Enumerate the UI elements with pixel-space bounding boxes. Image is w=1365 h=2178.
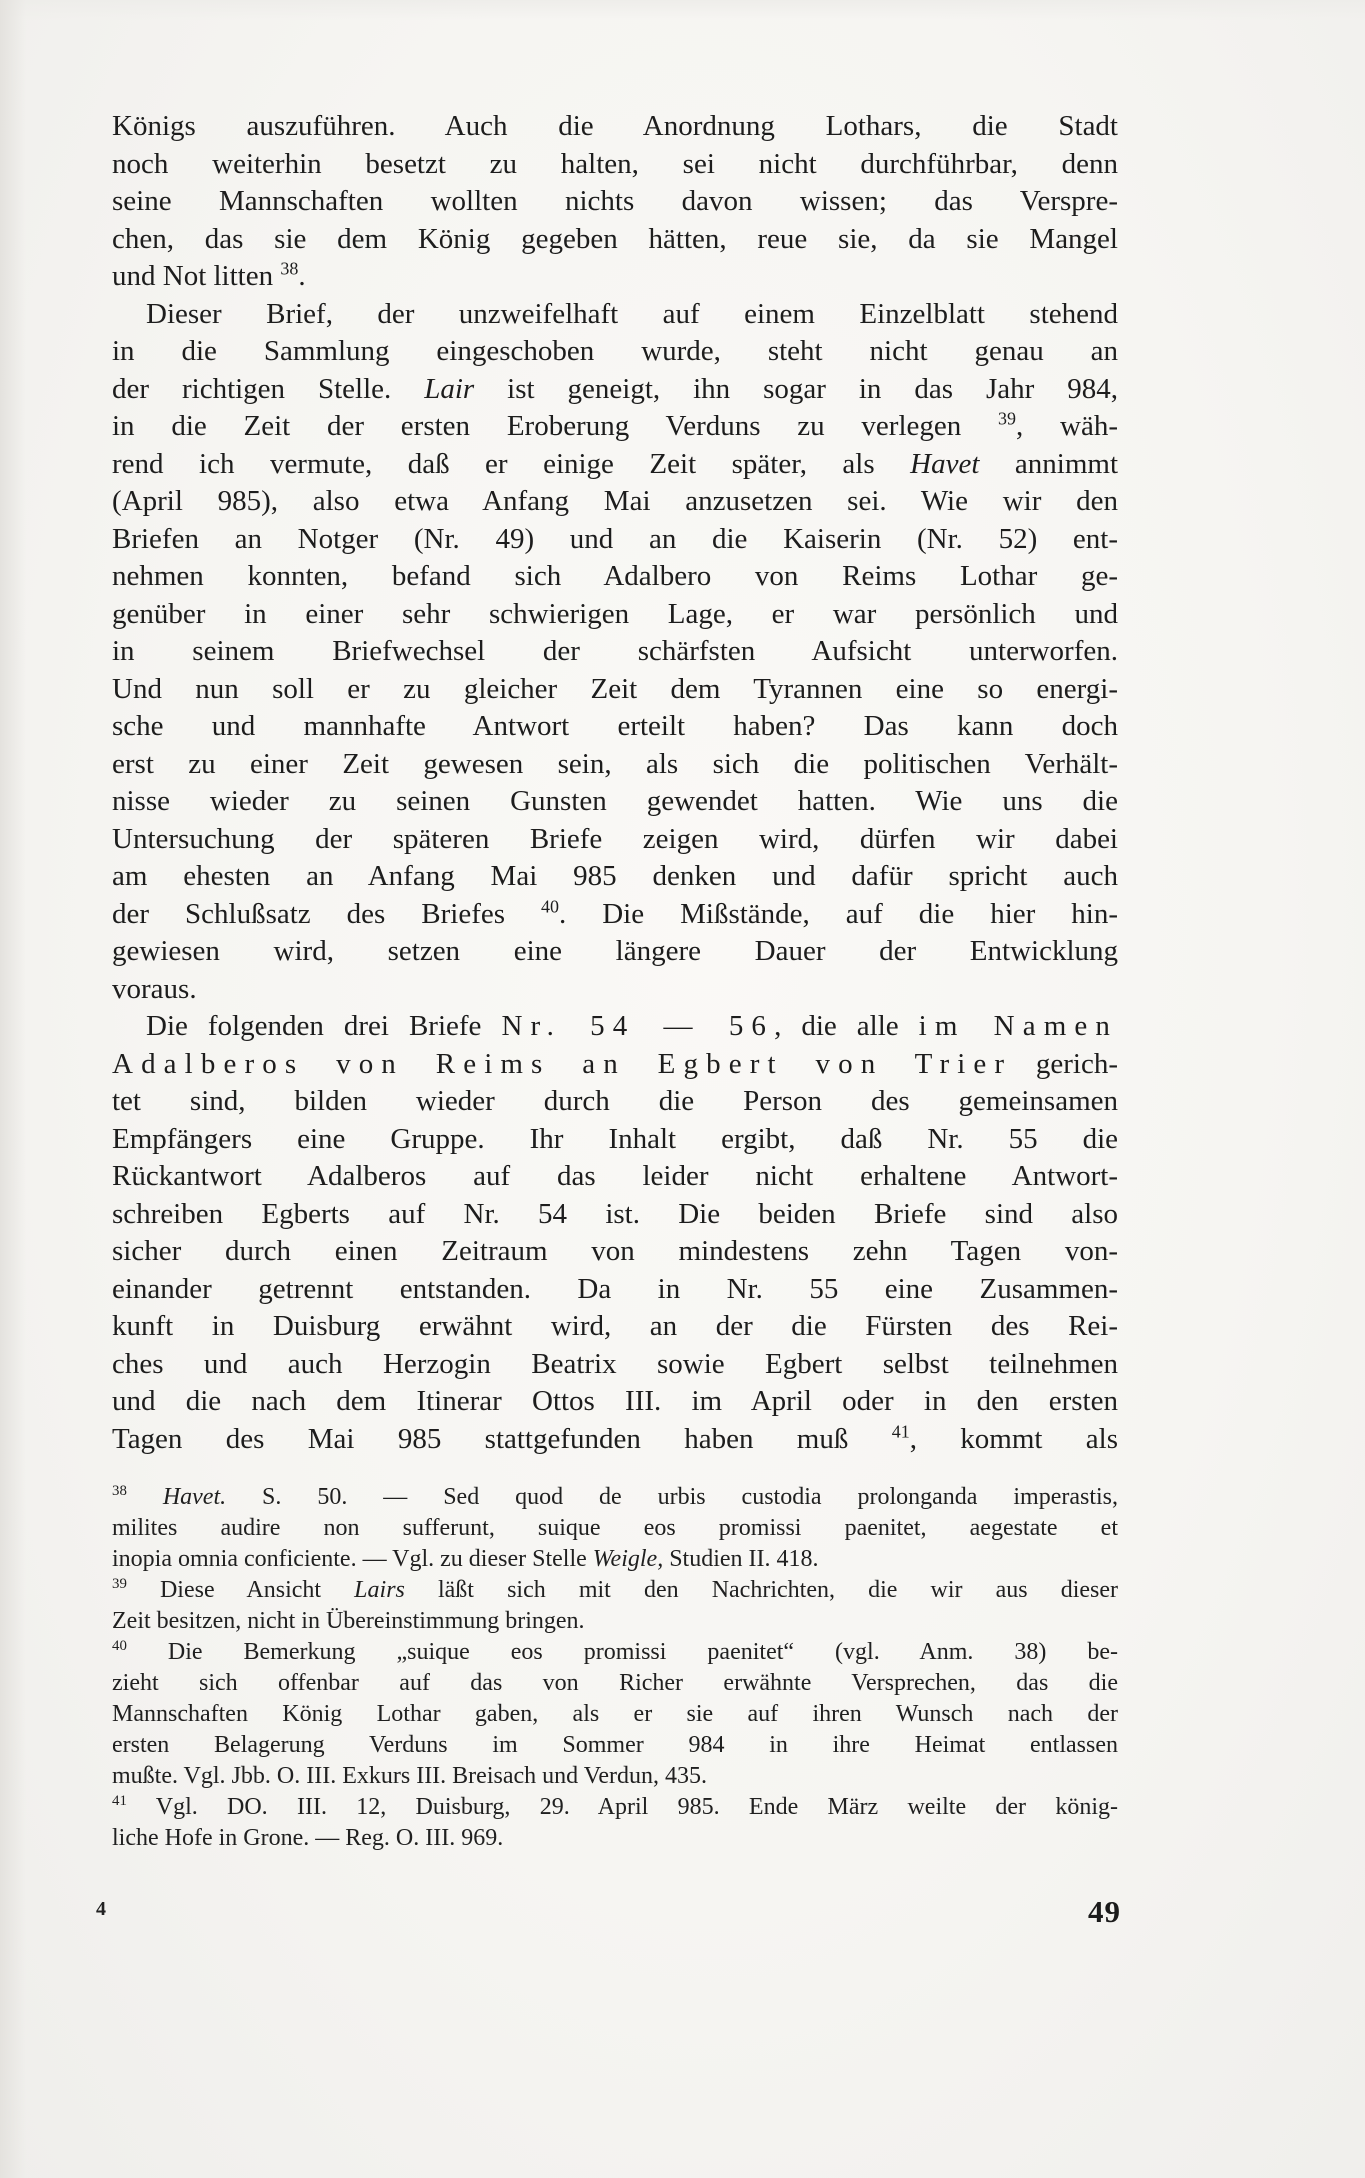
text-line: der Schlußsatz des Briefes 40. Die Mißst…	[112, 896, 1118, 934]
text-segment: erst zu einer Zeit gewesen sein, als sic…	[112, 748, 1118, 780]
text-line: Untersuchung der späteren Briefe zeigen …	[112, 821, 1118, 859]
text-segment: nehmen konnten, befand sich Adalbero von…	[112, 560, 1118, 592]
text-line: nehmen konnten, befand sich Adalbero von…	[112, 558, 1118, 596]
text-line: seine Mannschaften wollten nichts davon …	[112, 183, 1118, 221]
text-segment: Diese Ansicht	[127, 1577, 354, 1603]
text-segment: Empfängers eine Gruppe. Ihr Inhalt ergib…	[112, 1123, 1118, 1155]
text-segment: genüber in einer sehr schwierigen Lage, …	[112, 598, 1118, 630]
text-segment: Und nun soll er zu gleicher Zeit dem Tyr…	[112, 673, 1118, 705]
footnotes: 38 Havet. S. 50. — Sed quod de urbis cus…	[112, 1482, 1118, 1854]
text-line: Empfängers eine Gruppe. Ihr Inhalt ergib…	[112, 1121, 1118, 1159]
text-line: erst zu einer Zeit gewesen sein, als sic…	[112, 746, 1118, 784]
text-segment: milites audire non sufferunt, suique eos…	[112, 1515, 1118, 1541]
text-segment: Untersuchung der späteren Briefe zeigen …	[112, 823, 1118, 855]
text-line: (April 985), also etwa Anfang Mai anzuse…	[112, 483, 1118, 521]
paragraph: Dieser Brief, der unzweifelhaft auf eine…	[112, 296, 1118, 1009]
text-line: rend ich vermute, daß er einige Zeit spä…	[112, 446, 1118, 484]
footnote: 38 Havet. S. 50. — Sed quod de urbis cus…	[112, 1482, 1118, 1575]
text-segment: Adalberos von Reims an Egbert von Trier	[112, 1048, 1012, 1080]
text-segment: Nr. 54 — 56	[501, 1010, 774, 1042]
footnote-ref: 39	[998, 408, 1016, 428]
footnote-ref: 40	[112, 1638, 127, 1654]
text-segment: läßt sich mit den Nachrichten, die wir a…	[405, 1577, 1118, 1603]
text-segment: chen, das sie dem König gegeben hätten, …	[112, 223, 1118, 255]
text-segment: Weigle,	[593, 1546, 663, 1572]
text-line: milites audire non sufferunt, suique eos…	[112, 1513, 1118, 1544]
text-line: in seinem Briefwechsel der schärfsten Au…	[112, 633, 1118, 671]
text-line: genüber in einer sehr schwierigen Lage, …	[112, 596, 1118, 634]
signature-mark: 4	[96, 1898, 106, 1921]
footnote: 40 Die Bemerkung „suique eos promissi pa…	[112, 1637, 1118, 1792]
text-line: der richtigen Stelle. Lair ist geneigt, …	[112, 371, 1118, 409]
footnote-ref: 38	[112, 1483, 127, 1499]
footnote: 39 Diese Ansicht Lairs läßt sich mit den…	[112, 1575, 1118, 1637]
text-line: Mannschaften König Lothar gaben, als er …	[112, 1699, 1118, 1730]
text-segment: rend ich vermute, daß er einige Zeit spä…	[112, 448, 910, 480]
footnote-ref: 40	[541, 896, 559, 916]
text-line: liche Hofe in Grone. — Reg. O. III. 969.	[112, 1823, 1118, 1854]
text-line: 38 Havet. S. 50. — Sed quod de urbis cus…	[112, 1482, 1118, 1513]
text-line: ches und auch Herzogin Beatrix sowie Egb…	[112, 1346, 1118, 1384]
text-segment: und die nach dem Itinerar Ottos III. im …	[112, 1385, 1118, 1417]
text-line: 41 Vgl. DO. III. 12, Duisburg, 29. April…	[112, 1792, 1118, 1823]
text-segment: Havet.	[163, 1484, 226, 1510]
text-segment: im Namen	[919, 1010, 1118, 1042]
text-segment: S. 50. — Sed quod de urbis custodia prol…	[226, 1484, 1118, 1510]
text-segment: Vgl. DO. III. 12, Duisburg, 29. April 98…	[127, 1794, 1118, 1820]
footnote-ref: 41	[112, 1793, 127, 1809]
text-line: in die Sammlung eingeschoben wurde, steh…	[112, 333, 1118, 371]
text-line: sicher durch einen Zeitraum von mindeste…	[112, 1233, 1118, 1271]
text-segment: mußte. Vgl. Jbb. O. III. Exkurs III. Bre…	[112, 1763, 707, 1789]
text-segment: sche und mannhafte Antwort erteilt haben…	[112, 710, 1118, 742]
text-segment: .	[298, 260, 305, 292]
paragraph: Königs auszuführen. Auch die Anordnung L…	[112, 108, 1118, 296]
footnote-ref: 38	[280, 258, 298, 278]
text-segment: sicher durch einen Zeitraum von mindeste…	[112, 1235, 1118, 1267]
text-segment: Tagen des Mai 985 stattgefunden haben mu…	[112, 1423, 892, 1455]
text-segment: Zeit besitzen, nicht in Übereinstimmung …	[112, 1608, 585, 1634]
text-segment: Königs auszuführen. Auch die Anordnung L…	[112, 110, 1118, 142]
text-segment: annimmt	[979, 448, 1118, 480]
text-segment: am ehesten an Anfang Mai 985 denken und …	[112, 860, 1118, 892]
text-segment: , die alle	[774, 1010, 919, 1042]
text-line: nisse wieder zu seinen Gunsten gewendet …	[112, 783, 1118, 821]
text-segment: seine Mannschaften wollten nichts davon …	[112, 185, 1118, 217]
text-segment: tet sind, bilden wieder durch die Person…	[112, 1085, 1118, 1117]
paragraph: Die folgenden drei Briefe Nr. 54 — 56, d…	[112, 1008, 1118, 1458]
text-line: noch weiterhin besetzt zu halten, sei ni…	[112, 146, 1118, 184]
text-line: am ehesten an Anfang Mai 985 denken und …	[112, 858, 1118, 896]
text-segment: der richtigen Stelle.	[112, 373, 424, 405]
text-segment: voraus.	[112, 973, 197, 1005]
text-segment: Studien II. 418.	[663, 1546, 818, 1572]
text-line: Briefen an Notger (Nr. 49) und an die Ka…	[112, 521, 1118, 559]
text-segment: der Schlußsatz des Briefes	[112, 898, 541, 930]
text-line: gewiesen wird, setzen eine längere Dauer…	[112, 933, 1118, 971]
text-segment: , wäh-	[1016, 410, 1118, 442]
book-page: Königs auszuführen. Auch die Anordnung L…	[0, 0, 1365, 2178]
text-line: 40 Die Bemerkung „suique eos promissi pa…	[112, 1637, 1118, 1668]
text-segment: Lair	[424, 373, 474, 405]
text-segment: schreiben Egberts auf Nr. 54 ist. Die be…	[112, 1198, 1118, 1230]
text-segment: ist geneigt, ihn sogar in das Jahr 984,	[474, 373, 1118, 405]
text-segment: (April 985), also etwa Anfang Mai anzuse…	[112, 485, 1118, 517]
text-line: Königs auszuführen. Auch die Anordnung L…	[112, 108, 1118, 146]
text-line: und Not litten 38.	[112, 258, 1118, 296]
text-segment: liche Hofe in Grone. — Reg. O. III. 969.	[112, 1825, 503, 1851]
text-segment: Havet	[910, 448, 979, 480]
text-segment: Lairs	[354, 1577, 405, 1603]
text-segment: inopia omnia conficiente. — Vgl. zu dies…	[112, 1546, 593, 1572]
text-line: kunft in Duisburg erwähnt wird, an der d…	[112, 1308, 1118, 1346]
text-segment: nisse wieder zu seinen Gunsten gewendet …	[112, 785, 1118, 817]
text-segment: einander getrennt entstanden. Da in Nr. …	[112, 1273, 1118, 1305]
text-line: Die folgenden drei Briefe Nr. 54 — 56, d…	[112, 1008, 1118, 1046]
text-segment: ches und auch Herzogin Beatrix sowie Egb…	[112, 1348, 1118, 1380]
text-segment: und Not litten	[112, 260, 280, 292]
footnote-ref: 39	[112, 1576, 127, 1592]
text-line: schreiben Egberts auf Nr. 54 ist. Die be…	[112, 1196, 1118, 1234]
text-segment: Rückantwort Adalberos auf das leider nic…	[112, 1160, 1118, 1192]
text-line: sche und mannhafte Antwort erteilt haben…	[112, 708, 1118, 746]
page-number: 49	[1088, 1894, 1121, 1930]
text-segment: Briefen an Notger (Nr. 49) und an die Ka…	[112, 523, 1118, 555]
main-text: Königs auszuführen. Auch die Anordnung L…	[112, 108, 1118, 1458]
text-line: voraus.	[112, 971, 1118, 1009]
text-line: Tagen des Mai 985 stattgefunden haben mu…	[112, 1421, 1118, 1459]
text-line: 39 Diese Ansicht Lairs läßt sich mit den…	[112, 1575, 1118, 1606]
text-line: Adalberos von Reims an Egbert von Trier …	[112, 1046, 1118, 1084]
text-segment: in seinem Briefwechsel der schärfsten Au…	[112, 635, 1118, 667]
text-segment: kunft in Duisburg erwähnt wird, an der d…	[112, 1310, 1118, 1342]
text-line: zieht sich offenbar auf das von Richer e…	[112, 1668, 1118, 1699]
text-segment: ersten Belagerung Verduns im Sommer 984 …	[112, 1732, 1118, 1758]
text-segment: gerich-	[1012, 1048, 1118, 1080]
text-segment	[127, 1484, 163, 1510]
text-line: mußte. Vgl. Jbb. O. III. Exkurs III. Bre…	[112, 1761, 1118, 1792]
text-line: ersten Belagerung Verduns im Sommer 984 …	[112, 1730, 1118, 1761]
text-segment: Die folgenden drei Briefe	[146, 1010, 501, 1042]
text-line: chen, das sie dem König gegeben hätten, …	[112, 221, 1118, 259]
text-segment: noch weiterhin besetzt zu halten, sei ni…	[112, 148, 1118, 180]
text-line: inopia omnia conficiente. — Vgl. zu dies…	[112, 1544, 1118, 1575]
text-segment: zieht sich offenbar auf das von Richer e…	[112, 1670, 1118, 1696]
text-line: Dieser Brief, der unzweifelhaft auf eine…	[112, 296, 1118, 334]
text-segment: Mannschaften König Lothar gaben, als er …	[112, 1701, 1118, 1727]
text-line: tet sind, bilden wieder durch die Person…	[112, 1083, 1118, 1121]
text-line: in die Zeit der ersten Eroberung Verduns…	[112, 408, 1118, 446]
text-line: Rückantwort Adalberos auf das leider nic…	[112, 1158, 1118, 1196]
text-line: Und nun soll er zu gleicher Zeit dem Tyr…	[112, 671, 1118, 709]
text-segment: . Die Mißstände, auf die hier hin-	[559, 898, 1118, 930]
text-segment: Dieser Brief, der unzweifelhaft auf eine…	[146, 298, 1118, 330]
footnote: 41 Vgl. DO. III. 12, Duisburg, 29. April…	[112, 1792, 1118, 1854]
text-segment: in die Zeit der ersten Eroberung Verduns…	[112, 410, 998, 442]
text-segment: in die Sammlung eingeschoben wurde, steh…	[112, 335, 1118, 367]
text-line: einander getrennt entstanden. Da in Nr. …	[112, 1271, 1118, 1309]
text-line: Zeit besitzen, nicht in Übereinstimmung …	[112, 1606, 1118, 1637]
text-line: und die nach dem Itinerar Ottos III. im …	[112, 1383, 1118, 1421]
text-segment: , kommt als	[910, 1423, 1118, 1455]
text-segment: gewiesen wird, setzen eine längere Dauer…	[112, 935, 1118, 967]
footnote-ref: 41	[892, 1421, 910, 1441]
text-segment: Die Bemerkung „suique eos promissi paeni…	[127, 1639, 1118, 1665]
